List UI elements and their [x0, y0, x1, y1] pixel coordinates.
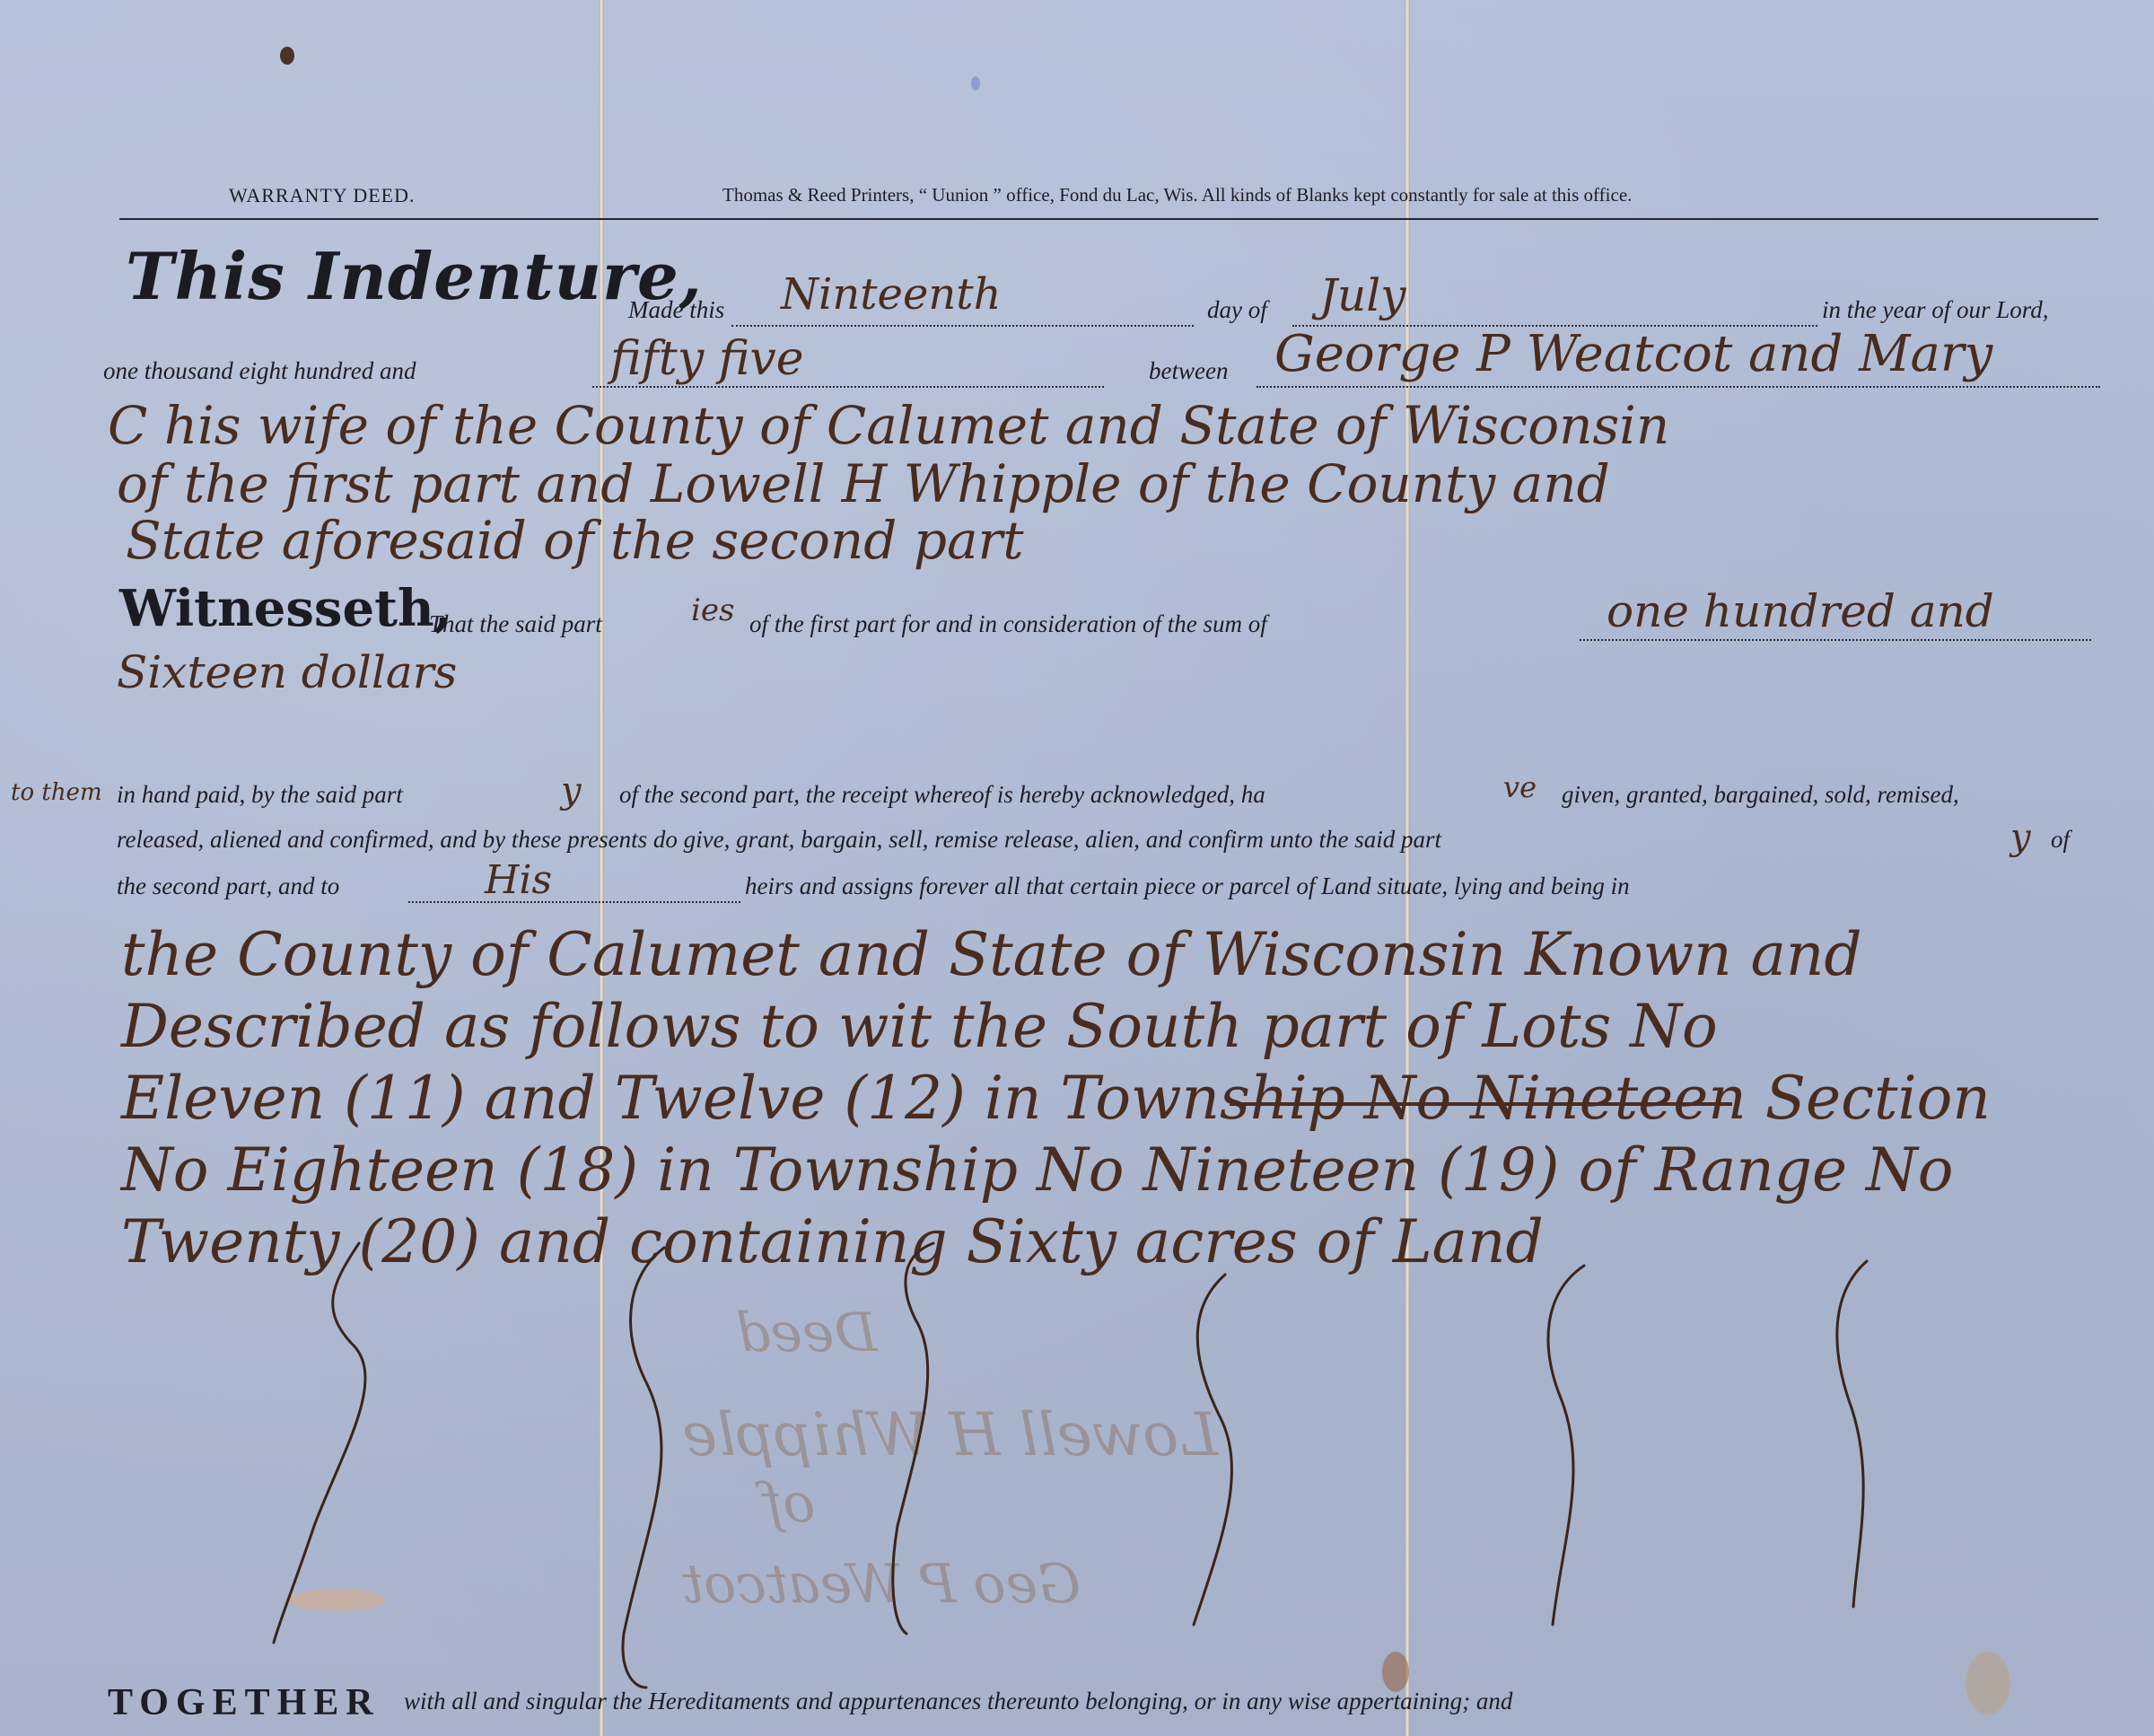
void-space-flourishes	[0, 0, 2154, 1736]
together-text: with all and singular the Hereditaments …	[404, 1688, 1512, 1715]
together-heading: TOGETHER	[108, 1681, 381, 1724]
